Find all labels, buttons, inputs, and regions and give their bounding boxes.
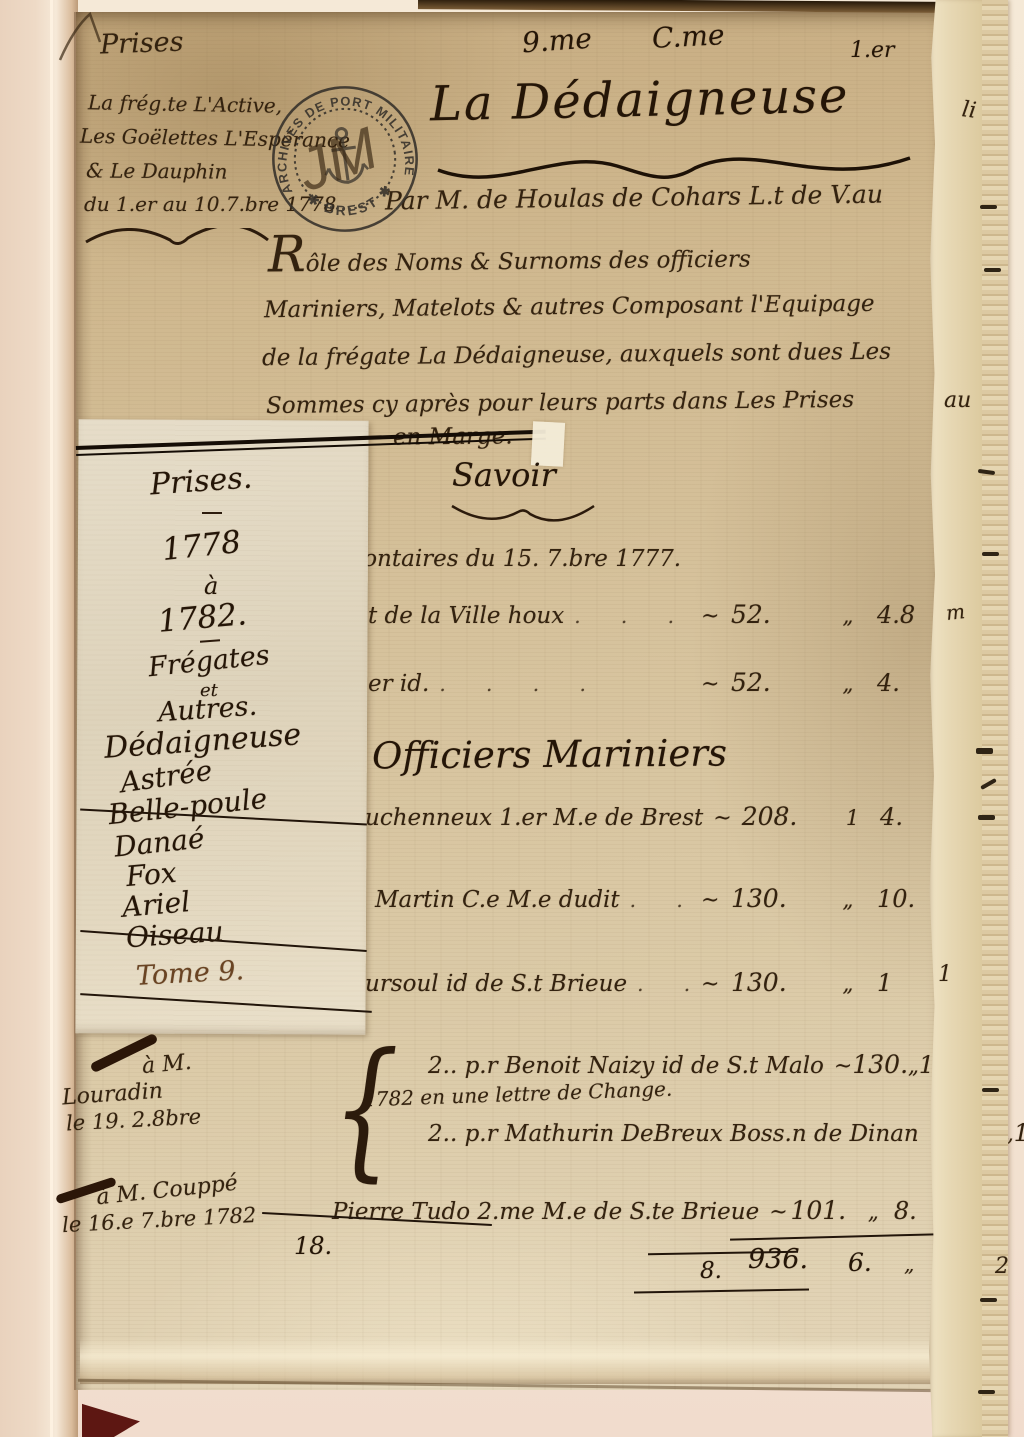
page-top-edge — [418, 0, 944, 13]
crew-name: 2.. p.r Mathurin DeBreux Boss.n de Dinan — [428, 1121, 919, 1147]
amount-sous: „ — [819, 888, 877, 912]
tick-mark: ~ — [701, 604, 731, 629]
stack-tick — [980, 1298, 997, 1302]
box-label-left: 9.me — [521, 22, 593, 60]
annotation-brace: { — [332, 1022, 399, 1196]
stack-tick — [978, 1390, 995, 1394]
edge-fragment: 1 — [938, 962, 952, 987]
left-crease — [50, 0, 53, 1437]
edge-fragment: 2 — [995, 1254, 1009, 1279]
amount-deniers: 10. — [877, 885, 935, 913]
ledger-row: 2.. p.r Mathurin DeBreux Boss.n de Dinan… — [428, 1118, 935, 1147]
subtotal-center: 8. — [700, 1258, 722, 1284]
crew-name: Martin C.e M.e dudit — [375, 887, 620, 913]
section-heading: Savoir — [452, 456, 556, 494]
volunteers-line: olontaires du 15. 7.bre 1777. — [342, 546, 681, 572]
amount-sous: „ — [819, 604, 877, 628]
amount-deniers: 8. — [894, 1197, 935, 1225]
amount-livres: 101. — [790, 1196, 852, 1225]
total-deniers: „ — [904, 1252, 914, 1276]
amount-livres: 208. — [742, 802, 825, 831]
ledger-row: Martin C.e M.e dudit . . . . ~ 130. „ 10… — [375, 884, 935, 913]
annotation-payee: à M. — [141, 1050, 193, 1079]
corner-flourish — [56, 8, 126, 68]
crew-name: t de la Ville houx — [368, 603, 564, 629]
stack-tick — [980, 205, 997, 209]
savoir-flourish — [448, 498, 598, 528]
amount-sous: „ — [819, 672, 877, 696]
torn-page-edge — [928, 0, 982, 1437]
amount-sous: „ — [853, 1200, 894, 1224]
tick-mark: ~ — [834, 1054, 852, 1079]
tick-mark: ~ — [713, 806, 741, 831]
dot-leader: . . . . — [637, 972, 701, 996]
slip-year: à — [204, 572, 218, 600]
slip-ship: Oiseau — [125, 915, 225, 955]
ledger-row: t de la Ville houx . . . . ~ 52. „ 4.8 — [368, 600, 935, 629]
bottom-fold-highlight — [80, 1338, 942, 1384]
amount-sous: „ — [819, 972, 877, 996]
stack-tick — [982, 1088, 999, 1092]
crew-name: ursoul id de S.t Brieue — [365, 971, 627, 997]
slip-year: 1782. — [157, 596, 249, 640]
crew-name: uchenneux 1.er M.e de Brest — [365, 805, 703, 831]
page-number: 1.er — [850, 38, 895, 63]
amount-livres: 52. — [731, 600, 819, 629]
ledger-row: ursoul id de S.t Brieue . . . . ~ 130. „… — [365, 968, 935, 997]
dot-leader: . . . . — [574, 604, 701, 628]
edge-fragment: m — [945, 599, 966, 625]
amount-livres: 130. — [852, 1050, 908, 1079]
stack-tick — [976, 748, 993, 754]
total-livres: 936. — [748, 1244, 808, 1275]
amount-sous: „ — [908, 1054, 919, 1078]
amount-sous: 1 — [825, 806, 880, 830]
tick-mark: ~ — [701, 672, 731, 697]
officers-heading: Officiers Mariniers — [372, 731, 727, 777]
amount-deniers: 10. — [1014, 1119, 1024, 1147]
ledger-row: uchenneux 1.er M.e de Brest . . . . ~ 20… — [365, 802, 935, 831]
tick-mark: ~ — [769, 1200, 790, 1225]
tick-mark: ~ — [701, 972, 731, 997]
stack-tick — [982, 552, 999, 556]
slip-tome: Tome 9. — [135, 955, 245, 992]
ledger-row: er id. . . . . ~ 52. „ 4. — [368, 668, 935, 697]
stack-tick — [978, 815, 995, 820]
crew-name: er id. — [368, 671, 429, 697]
ledger-row: 2.. p.r Benoit Naizy id de S.t Malo . . … — [428, 1050, 935, 1079]
stack-tick — [984, 268, 1001, 272]
amount-livres: 130. — [731, 884, 819, 913]
amount-deniers: 4. — [880, 803, 935, 831]
dot-leader: . . . . — [630, 888, 701, 912]
tick-mark: ~ — [701, 888, 731, 913]
slip-dash — [202, 512, 222, 514]
margin-note-line: & Le Dauphin — [86, 158, 228, 183]
left-subtotal: 18. — [294, 1232, 332, 1260]
crew-name: Pierre Tudo 2.me M.e de S.te Brieue — [332, 1199, 759, 1225]
amount-deniers: 1 — [877, 969, 935, 997]
margin-note-flourish — [82, 228, 272, 264]
amount-livres: 130. — [731, 968, 819, 997]
dot-leader: . . . . — [439, 672, 701, 696]
manuscript-scan: Prises La frég.te L'Active, Les Goëlette… — [0, 0, 1024, 1437]
binding-corner — [82, 1398, 140, 1437]
box-label-right: C.me — [651, 18, 725, 55]
amount-deniers: 4. — [877, 669, 935, 697]
slip-heading: Prises. — [149, 460, 253, 502]
edge-fragment: au — [944, 388, 971, 413]
amount-deniers: 4.8 — [877, 601, 935, 629]
crew-name: 2.. p.r Benoit Naizy id de S.t Malo — [428, 1053, 824, 1079]
archive-stamp: ARCHIVES DE PORT MILITAIRE ✱ BREST ✱ JM — [247, 61, 444, 258]
amount-livres: 52. — [731, 668, 819, 697]
total-sous: 6. — [848, 1248, 872, 1277]
page-title: La Dédaigneuse — [429, 68, 849, 133]
